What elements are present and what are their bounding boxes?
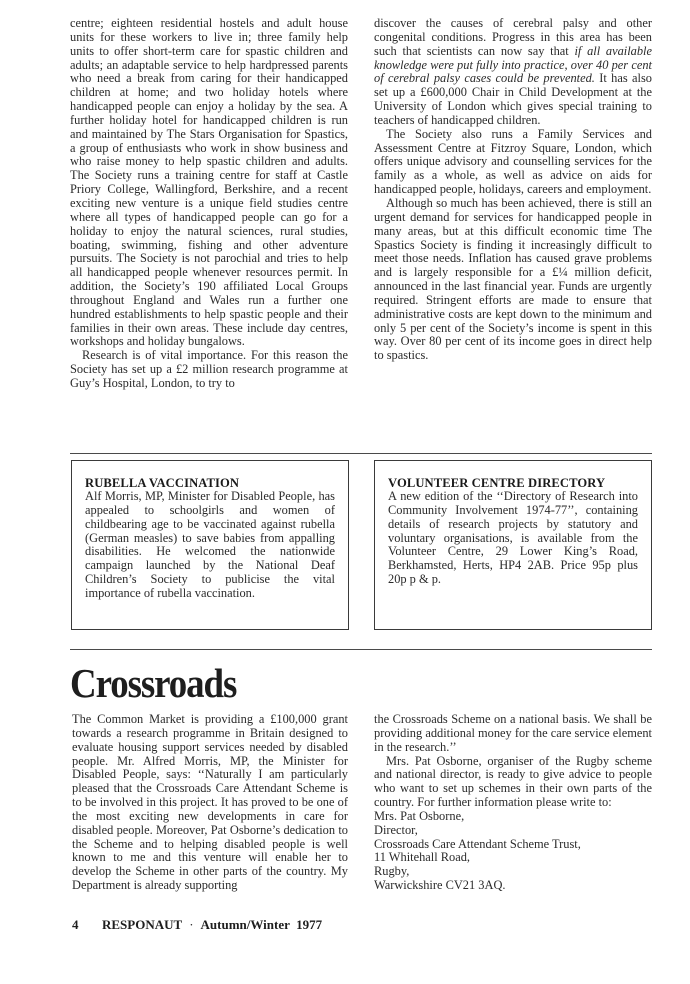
body-paragraph: Although so much has been achieved, ther… [374,197,652,363]
body-paragraph: discover the causes of cerebral palsy an… [374,17,652,128]
rubella-vaccination-box: RUBELLA VACCINATION Alf Morris, MP, Mini… [71,460,349,630]
address-line: Warwickshire CV21 3AQ. [374,879,652,893]
box-body: A new edition of the ‘‘Directory of Rese… [388,490,638,587]
horizontal-rule [70,649,652,650]
page-footer: 4RESPONAUT·Autumn/Winter 1977 [72,917,322,933]
horizontal-rule [70,453,652,454]
box-heading: RUBELLA VACCINATION [85,476,335,490]
body-paragraph: Mrs. Pat Osborne, organiser of the Rugby… [374,755,652,810]
crossroads-column-right: the Crossroads Scheme on a national basi… [374,713,652,893]
article-column-right: discover the causes of cerebral palsy an… [374,17,652,363]
issue-date: Autumn/Winter 1977 [201,917,323,933]
body-paragraph: the Crossroads Scheme on a national basi… [374,713,652,755]
box-body: Alf Morris, MP, Minister for Disabled Pe… [85,490,335,601]
box-heading: VOLUNTEER CENTRE DIRECTORY [388,476,638,490]
article-column-left: centre; eighteen residential hostels and… [70,17,348,391]
crossroads-column-left: The Common Market is providing a £100,00… [72,713,348,893]
address-line: Rugby, [374,865,652,879]
body-paragraph: centre; eighteen residential hostels and… [70,17,348,349]
address-line: Mrs. Pat Osborne, [374,810,652,824]
address-line: Director, [374,824,652,838]
separator: · [182,917,200,933]
article-title: Crossroads [70,660,236,706]
contact-address: Mrs. Pat Osborne, Director, Crossroads C… [374,810,652,893]
publication-name: RESPONAUT [102,917,182,933]
body-paragraph: The Society also runs a Family Services … [374,128,652,197]
body-paragraph: Research is of vital importance. For thi… [70,349,348,391]
volunteer-centre-directory-box: VOLUNTEER CENTRE DIRECTORY A new edition… [374,460,652,630]
address-line: 11 Whitehall Road, [374,851,652,865]
page-number: 4 [72,917,102,933]
body-paragraph: The Common Market is providing a £100,00… [72,713,348,893]
address-line: Crossroads Care Attendant Scheme Trust, [374,838,652,852]
